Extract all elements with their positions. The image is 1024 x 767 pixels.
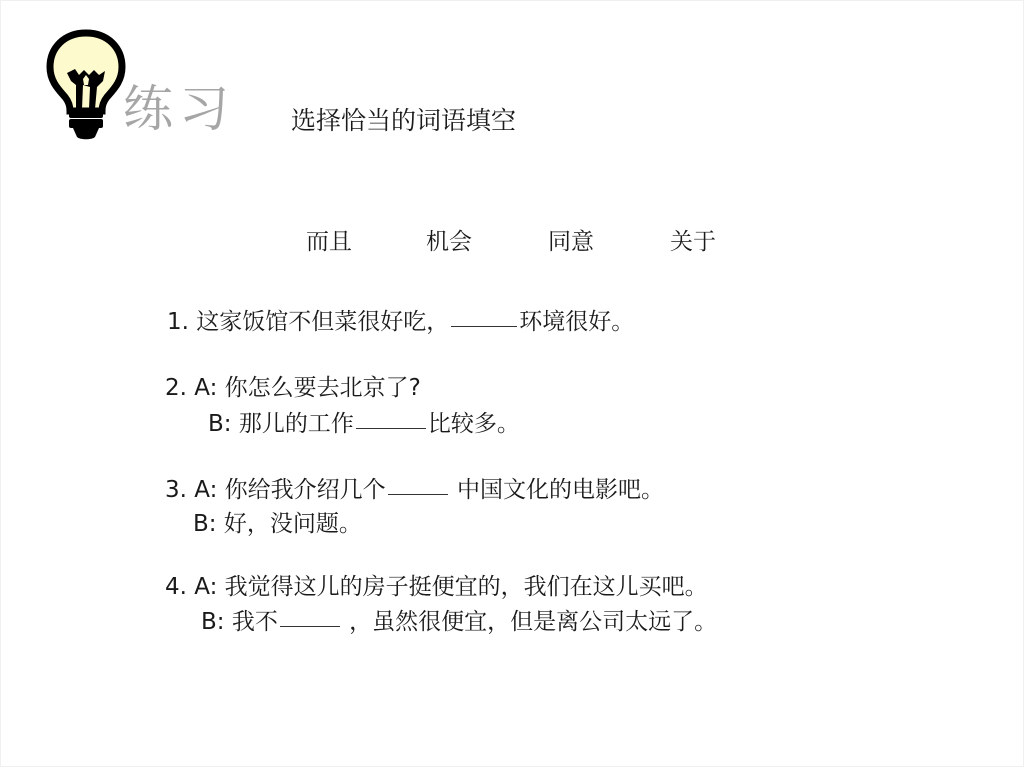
question-text: 2. A: 你怎么要去北京了? — [165, 375, 421, 401]
question-text: 3. A: 你给我介绍几个 — [165, 477, 386, 503]
question-text: ，虽然很便宜，但是离公司太远了。 — [342, 609, 717, 635]
question-4-line-a: 4. A: 我觉得这儿的房子挺便宜的，我们在这儿买吧。 — [165, 572, 708, 602]
question-text: 比较多。 — [428, 411, 520, 437]
answer-blank[interactable] — [451, 326, 517, 327]
question-4-line-b: B: 我不 ，虽然很便宜，但是离公司太远了。 — [201, 607, 717, 637]
word-bank: 而且 机会 同意 关于 — [306, 226, 750, 258]
word-option: 同意 — [548, 226, 670, 258]
word-option: 而且 — [306, 226, 426, 258]
word-option: 机会 — [426, 226, 548, 258]
lightbulb-icon — [45, 29, 127, 141]
question-text: B: 那儿的工作 — [208, 411, 354, 437]
question-text: 4. A: 我觉得这儿的房子挺便宜的，我们在这儿买吧。 — [165, 574, 708, 600]
slide: 练习 选择恰当的词语填空 而且 机会 同意 关于 1. 这家饭馆不但菜很好吃，环… — [0, 0, 1024, 767]
question-3-line-a: 3. A: 你给我介绍几个 中国文化的电影吧。 — [165, 475, 664, 505]
question-text: B: 我不 — [201, 609, 278, 635]
answer-blank[interactable] — [388, 494, 448, 495]
question-text: 中国文化的电影吧。 — [450, 477, 664, 503]
slide-title: 练习 — [123, 79, 235, 139]
instruction-text: 选择恰当的词语填空 — [291, 105, 516, 137]
question-2-line-a: 2. A: 你怎么要去北京了? — [165, 373, 421, 403]
question-2-line-b: B: 那儿的工作比较多。 — [208, 409, 520, 439]
answer-blank[interactable] — [356, 428, 426, 429]
question-text: B: 好，没问题。 — [193, 511, 362, 537]
question-text: 1. 这家饭馆不但菜很好吃， — [167, 309, 449, 335]
answer-blank[interactable] — [280, 626, 340, 627]
question-1-line: 1. 这家饭馆不但菜很好吃，环境很好。 — [167, 307, 634, 337]
question-3-line-b: B: 好，没问题。 — [193, 509, 362, 539]
word-option: 关于 — [670, 226, 750, 258]
question-text: 环境很好。 — [519, 309, 634, 335]
